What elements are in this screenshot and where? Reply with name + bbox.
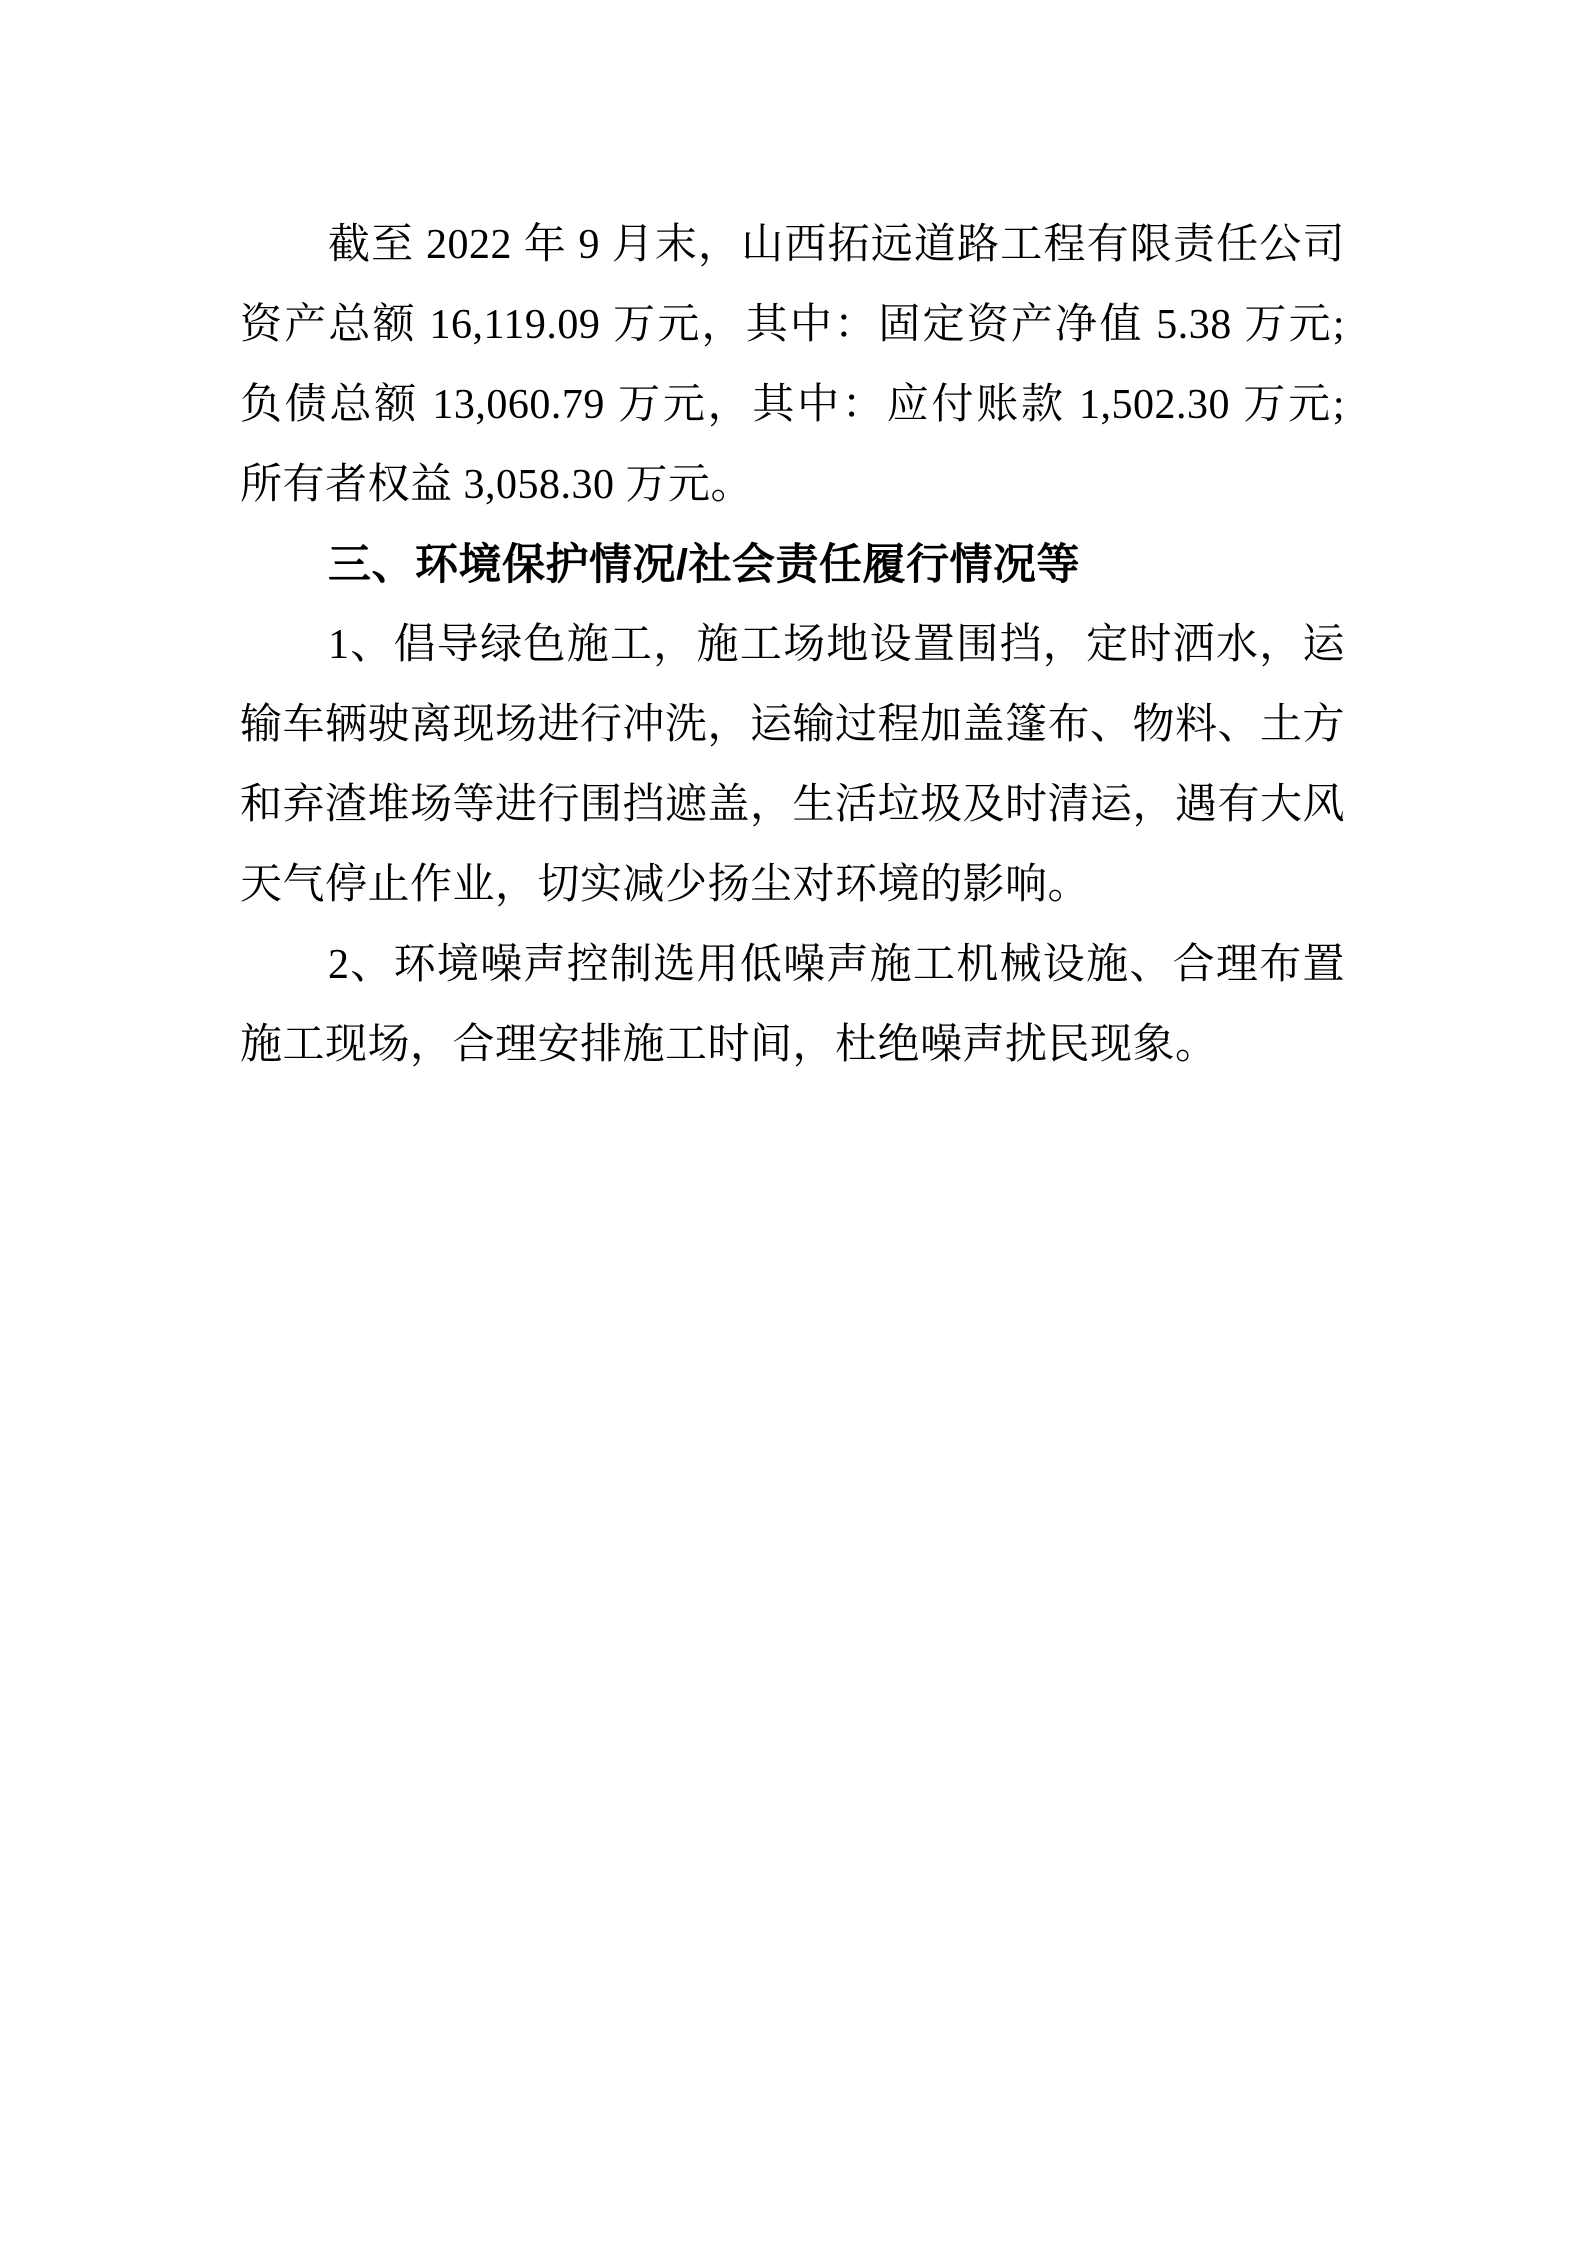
green-construction-line-1: 1、倡导绿色施工，施工场地设置围挡，定时洒水，运 [240,605,1345,685]
green-construction-line-3: 和弃渣堆场等进行围挡遮盖，生活垃圾及时清运，遇有大风 [240,765,1345,845]
finance-line-2: 资产总额 16,119.09 万元，其中：固定资产净值 5.38 万元; [240,285,1345,365]
finance-line-3: 负债总额 13,060.79 万元，其中：应付账款 1,502.30 万元; [240,365,1345,445]
green-construction-line-2: 输车辆驶离现场进行冲洗，运输过程加盖篷布、物料、土方 [240,685,1345,765]
section-heading-environment: 三、环境保护情况/社会责任履行情况等 [240,525,1345,605]
finance-paragraph: 截至 2022 年 9 月末，山西拓远道路工程有限责任公司 资产总额 16,11… [240,205,1345,525]
document-content: 截至 2022 年 9 月末，山西拓远道路工程有限责任公司 资产总额 16,11… [240,205,1345,1085]
noise-control-line-2: 施工现场，合理安排施工时间，杜绝噪声扰民现象。 [240,1005,1345,1085]
green-construction-line-4: 天气停止作业，切实减少扬尘对环境的影响。 [240,845,1345,925]
noise-control-line-1: 2、环境噪声控制选用低噪声施工机械设施、合理布置 [240,925,1345,1005]
green-construction-paragraph: 1、倡导绿色施工，施工场地设置围挡，定时洒水，运 输车辆驶离现场进行冲洗，运输过… [240,605,1345,925]
document-page: 截至 2022 年 9 月末，山西拓远道路工程有限责任公司 资产总额 16,11… [0,0,1587,2245]
finance-line-4: 所有者权益 3,058.30 万元。 [240,445,1345,525]
finance-line-1: 截至 2022 年 9 月末，山西拓远道路工程有限责任公司 [240,205,1345,285]
noise-control-paragraph: 2、环境噪声控制选用低噪声施工机械设施、合理布置 施工现场，合理安排施工时间，杜… [240,925,1345,1085]
